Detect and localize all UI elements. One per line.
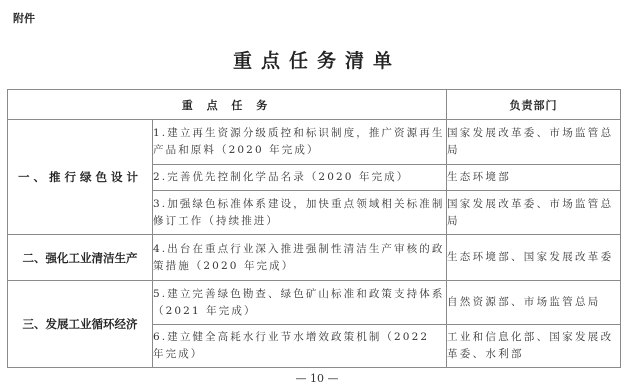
table-row: 三、发展工业循环经济 5.建立完善绿色勘查、绿色矿山标准和政策支持体系（2021… — [8, 281, 621, 325]
department-cell: 自然资源部、市场监管总局 — [447, 281, 621, 325]
document-title: 重点任务清单 — [0, 46, 634, 73]
task-cell: 5.建立完善绿色勘查、绿色矿山标准和政策支持体系（2021 年完成） — [153, 281, 447, 325]
category-clean-production: 二、强化工业清洁生产 — [8, 235, 153, 281]
key-tasks-table: 重 点 任 务 负责部门 一、推行绿色设计 1.建立再生资源分级质控和标识制度，… — [7, 89, 621, 368]
header-responsible-department: 负责部门 — [447, 90, 621, 120]
department-cell: 国家发展改革委、市场监管总局 — [447, 120, 621, 165]
task-cell: 6.建立健全高耗水行业节水增效政策机制（2022 年完成） — [153, 325, 447, 368]
department-cell: 国家发展改革委、市场监管总局 — [447, 191, 621, 235]
attachment-label: 附件 — [13, 10, 35, 26]
header-key-tasks: 重 点 任 务 — [8, 90, 447, 120]
category-circular-economy: 三、发展工业循环经济 — [8, 281, 153, 368]
category-green-design: 一、推行绿色设计 — [8, 120, 153, 235]
task-cell: 4.出台在重点行业深入推进强制性清洁生产审核的政策措施（2020 年完成） — [153, 235, 447, 281]
page-number: — 10 — — [0, 372, 634, 385]
task-cell: 2.完善优先控制化学品名录（2020 年完成） — [153, 165, 447, 191]
department-cell: 生态环境部、国家发展改革委 — [447, 235, 621, 281]
task-cell: 3.加强绿色标准体系建设，加快重点领域相关标准制修订工作（持续推进） — [153, 191, 447, 235]
table-row: 二、强化工业清洁生产 4.出台在重点行业深入推进强制性清洁生产审核的政策措施（2… — [8, 235, 621, 281]
task-cell: 1.建立再生资源分级质控和标识制度，推广资源再生产品和原料（2020 年完成） — [153, 120, 447, 165]
department-cell: 工业和信息化部、国家发展改革委、水利部 — [447, 325, 621, 368]
table-row: 一、推行绿色设计 1.建立再生资源分级质控和标识制度，推广资源再生产品和原料（2… — [8, 120, 621, 165]
department-cell: 生态环境部 — [447, 165, 621, 191]
table-header-row: 重 点 任 务 负责部门 — [8, 90, 621, 120]
